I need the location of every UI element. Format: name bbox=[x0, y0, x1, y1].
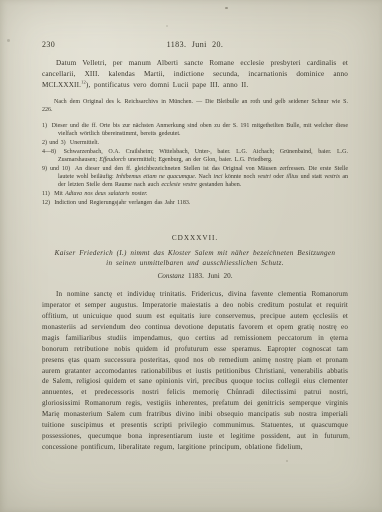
datum-text-after: ), pontificatus vero domni Lucii pape II… bbox=[86, 81, 248, 89]
footnote-text-italic: vestris bbox=[324, 174, 340, 180]
footnote: 2) und 3) Unermittelt. bbox=[42, 139, 348, 147]
footnote-text-italic: ecclesie vestre bbox=[161, 182, 196, 188]
footnote-text: Mit bbox=[54, 191, 65, 197]
footnote-text: und statt bbox=[298, 174, 324, 180]
footnote-label: 2) und 3) bbox=[42, 140, 70, 146]
scanned-book-page: { "page": { "number": "230", "running_he… bbox=[0, 0, 382, 512]
running-head: 1183. Juni 20. bbox=[112, 40, 348, 49]
footnote-text-italic: illius bbox=[286, 174, 298, 180]
footnote-label: 1) bbox=[42, 123, 52, 129]
charter-number: CDXXXVII. bbox=[42, 234, 348, 242]
footnote-text-italic: Adiuva nos deus salutaris noster. bbox=[65, 191, 147, 197]
charter-dateline-date: 1183. Juni 20. bbox=[188, 272, 232, 280]
footnote: 12) Indiction und Regierungsjahr verlang… bbox=[42, 199, 348, 207]
charter-regest: Kaiser Friederich (I.) nimmt das Kloster… bbox=[42, 248, 348, 268]
footnote-text: oder bbox=[271, 174, 286, 180]
footnote-text: gestanden haben. bbox=[197, 182, 241, 188]
page-number: 230 bbox=[42, 40, 112, 49]
source-note: Nach dem Original des k. Reichsarchivs i… bbox=[42, 98, 348, 114]
footnote-label: 11) bbox=[42, 191, 54, 197]
footnote-text: Dieser und die ff. Orte bis zur nächsten… bbox=[52, 123, 348, 137]
footnote-text: könnte noch bbox=[223, 174, 258, 180]
footnote-text: unermittelt; Egenburg, an der Glon, baie… bbox=[126, 157, 273, 163]
footnote-text-italic: Effeudorch bbox=[99, 157, 125, 163]
footnote: 11) Mit Adiuva nos deus salutaris noster… bbox=[42, 190, 348, 198]
footnote-label: 12) bbox=[42, 200, 54, 206]
footnote-text: Nach bbox=[196, 174, 213, 180]
page-header: 230 1183. Juni 20. bbox=[42, 40, 348, 49]
charter-body: In nomine sanctę et individuę trinitatis… bbox=[42, 289, 348, 453]
footnote-text: Unermittelt. bbox=[70, 140, 99, 146]
footnote-label: 9) und 10) bbox=[42, 166, 75, 172]
footnote-label: 4—8) bbox=[42, 149, 64, 155]
footnote-text-italic: vestri bbox=[258, 174, 271, 180]
charter-dateline-place: Constanz bbox=[157, 272, 184, 280]
footnote: 1) Dieser und die ff. Orte bis zur nächs… bbox=[42, 122, 348, 138]
footnote-list: 1) Dieser und die ff. Orte bis zur nächs… bbox=[42, 122, 348, 207]
charter-dateline: Constanz 1183. Juni 20. bbox=[42, 272, 348, 280]
footnote-text-italic: Inhibemus etiam ne quacumque. bbox=[116, 174, 196, 180]
page-content: 230 1183. Juni 20. Datum Velletri, per m… bbox=[0, 0, 382, 453]
footnote-text-italic: inci bbox=[214, 174, 223, 180]
datum-paragraph: Datum Velletri, per manum Alberti sancte… bbox=[42, 58, 348, 91]
footnote: 9) und 10) An dieser und den ff. gleichb… bbox=[42, 165, 348, 189]
footnote-text: Indiction und Regierungsjahr verlangen d… bbox=[54, 200, 190, 206]
footnote: 4—8) Schwarzenbach, O.A. Crailsheim; Wit… bbox=[42, 148, 348, 164]
paper-speck bbox=[286, 460, 288, 462]
